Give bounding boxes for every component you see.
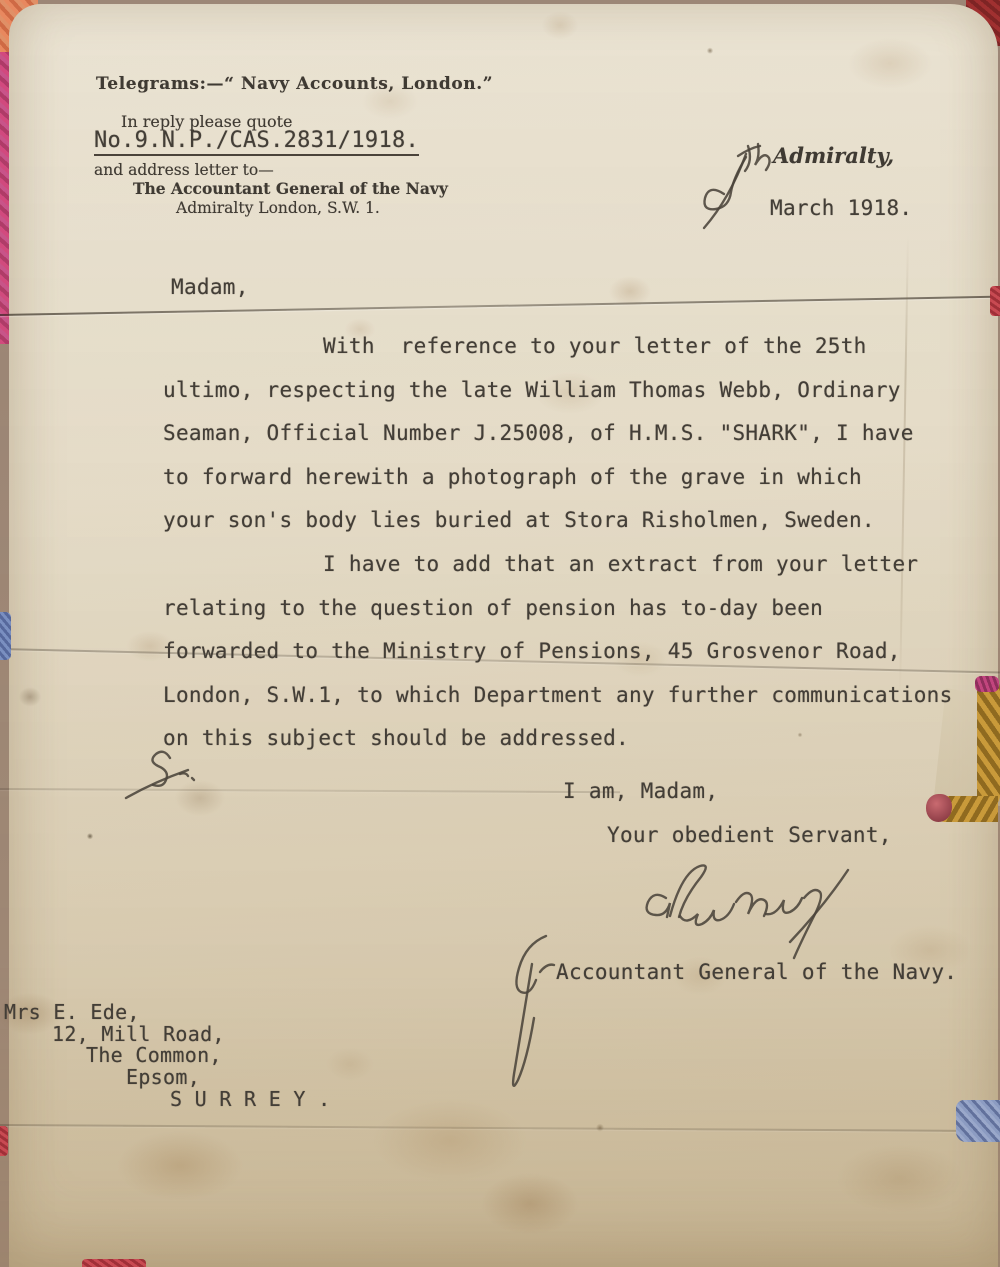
body-line: ultimo, respecting the late William Thom…	[163, 378, 901, 422]
signed-title: Accountant General of the Navy.	[556, 960, 957, 984]
handwritten-day-9th	[688, 138, 776, 234]
body-line: I have to add that an extract from your …	[323, 552, 918, 596]
dateline-date: March 1918.	[770, 196, 912, 220]
signature-handwriting	[640, 858, 890, 962]
reference-number: No.9.N.P./CAS.2831/1918.	[94, 128, 419, 156]
telegrams-line: Telegrams:—“ Navy Accounts, London.”	[96, 74, 493, 94]
addressee-name: The Accountant General of the Navy	[133, 179, 448, 198]
closing-servant: Your obedient Servant,	[607, 823, 892, 847]
handwritten-initials	[118, 748, 214, 810]
letter-content: Telegrams:—“ Navy Accounts, London.” In …	[0, 0, 1000, 1267]
recipient-line: Mrs E. Ede,	[4, 1000, 140, 1024]
handwritten-initials-text: Sa.	[0, 0, 1, 1]
body-line: London, S.W.1, to which Department any f…	[163, 683, 953, 727]
recipient-line: Epsom,	[126, 1065, 200, 1089]
handwritten-for-mark	[492, 928, 566, 1103]
dateline-place: Admiralty,	[773, 143, 894, 168]
letter-photograph: Telegrams:—“ Navy Accounts, London.” In …	[0, 0, 1000, 1267]
body-line: your son's body lies buried at Stora Ris…	[163, 508, 875, 552]
closing-i-am: I am, Madam,	[563, 779, 718, 803]
body-line: on this subject should be addressed.	[163, 726, 629, 770]
body-line: to forward herewith a photograph of the …	[163, 465, 862, 509]
recipient-line: S U R R E Y .	[170, 1087, 330, 1111]
addressee-address: Admiralty London, S.W. 1.	[176, 199, 380, 217]
salutation: Madam,	[171, 275, 249, 299]
handwritten-day-text: 9th	[0, 0, 1, 1]
body-line: relating to the question of pension has …	[163, 596, 823, 640]
body-line: forwarded to the Ministry of Pensions, 4…	[163, 639, 901, 683]
body-line: With reference to your letter of the 25t…	[323, 334, 867, 378]
body-line: Seaman, Official Number J.25008, of H.M.…	[163, 421, 914, 465]
recipient-line: The Common,	[86, 1043, 222, 1067]
signature-text: ALowry	[0, 0, 1, 1]
address-to-label: and address letter to—	[94, 161, 274, 179]
for-mark-text: f	[0, 0, 1, 1]
